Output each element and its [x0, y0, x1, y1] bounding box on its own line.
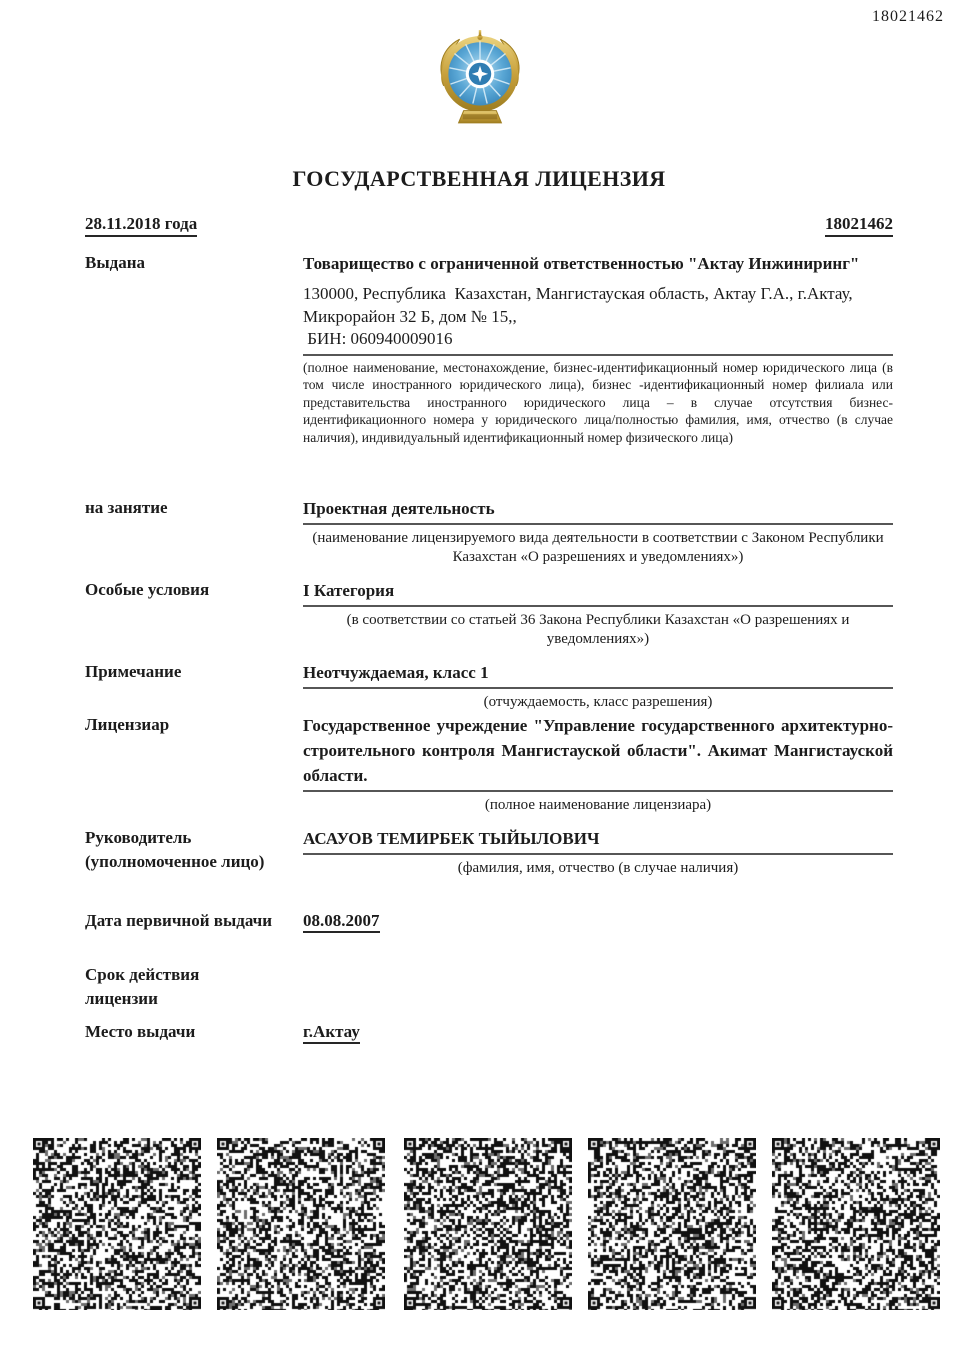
kazakhstan-emblem-icon	[429, 26, 531, 130]
field-caption: (в соответствии со статьей 36 Закона Рес…	[303, 611, 893, 649]
company-address-block: 130000, Республика Казахстан, Мангистаус…	[303, 283, 893, 356]
field-place-of-issue: Место выдачи г.Актау	[85, 1020, 893, 1044]
field-value: Товарищество с ограниченной ответственно…	[303, 251, 893, 276]
field-value: Государственное учреждение "Управление г…	[303, 713, 893, 792]
field-caption: (полное наименование, местонахождение, б…	[303, 359, 893, 447]
field-label: Руководитель (уполномоченное лицо)	[85, 826, 303, 874]
field-label: Примечание	[85, 660, 303, 684]
qr-code-block	[588, 1138, 756, 1310]
field-validity: Срок действия лицензии	[85, 963, 893, 1011]
field-special-conditions: Особые условия I Категория (в соответств…	[85, 578, 893, 649]
field-label: Лицензиар	[85, 713, 303, 737]
field-value: 08.08.2007	[303, 911, 380, 933]
field-value: I Категория	[303, 578, 893, 607]
field-first-issue-date: Дата первичной выдачи 08.08.2007	[85, 909, 893, 933]
field-issued-to: Выдана Товарищество с ограниченной ответ…	[85, 251, 893, 446]
qr-code-strip	[0, 1138, 958, 1310]
qr-code-block	[33, 1138, 201, 1310]
qr-code-block	[404, 1138, 572, 1310]
field-label: Дата первичной выдачи	[85, 909, 303, 933]
field-value: АСАУОВ ТЕМИРБЕК ТЫЙЫЛОВИЧ	[303, 826, 893, 855]
issue-date: 28.11.2018 года	[85, 214, 197, 237]
field-value: Неотчуждаемая, класс 1	[303, 660, 893, 689]
field-activity: на занятие Проектная деятельность (наиме…	[85, 496, 893, 567]
address-line: БИН: 060940009016	[303, 328, 893, 351]
field-label: Срок действия лицензии	[85, 963, 303, 1011]
top-right-number: 18021462	[872, 8, 944, 26]
field-label-line: (уполномоченное лицо)	[85, 850, 297, 874]
date-number-row: 28.11.2018 года 18021462	[85, 214, 893, 237]
address-line: Микрорайон 32 Б, дом № 15,,	[303, 306, 893, 329]
qr-code-block	[217, 1138, 385, 1310]
field-label-line: Руководитель	[85, 826, 297, 850]
document-title: ГОСУДАРСТВЕННАЯ ЛИЦЕНЗИЯ	[0, 166, 958, 192]
field-licensor: Лицензиар Государственное учреждение "Уп…	[85, 713, 893, 815]
field-note: Примечание Неотчуждаемая, класс 1 (отчуж…	[85, 660, 893, 712]
field-value: г.Актау	[303, 1022, 360, 1044]
field-caption: (фамилия, имя, отчество (в случае наличи…	[303, 859, 893, 878]
field-caption: (отчуждаемость, класс разрешения)	[303, 693, 893, 712]
field-caption: (полное наименование лицензиара)	[303, 796, 893, 815]
field-label: Место выдачи	[85, 1020, 303, 1044]
field-caption: (наименование лицензируемого вида деятел…	[303, 529, 893, 567]
field-label: Выдана	[85, 251, 303, 275]
field-value: Проектная деятельность	[303, 496, 893, 525]
license-document: 18021462	[0, 0, 958, 1353]
field-label: на занятие	[85, 496, 303, 520]
address-line: 130000, Республика Казахстан, Мангистаус…	[303, 283, 893, 306]
field-label-line: Срок действия	[85, 963, 297, 987]
field-label: Особые условия	[85, 578, 303, 602]
license-number: 18021462	[825, 214, 893, 237]
field-label-line: лицензии	[85, 987, 297, 1011]
field-head: Руководитель (уполномоченное лицо) АСАУО…	[85, 826, 893, 878]
qr-code-block	[772, 1138, 940, 1310]
